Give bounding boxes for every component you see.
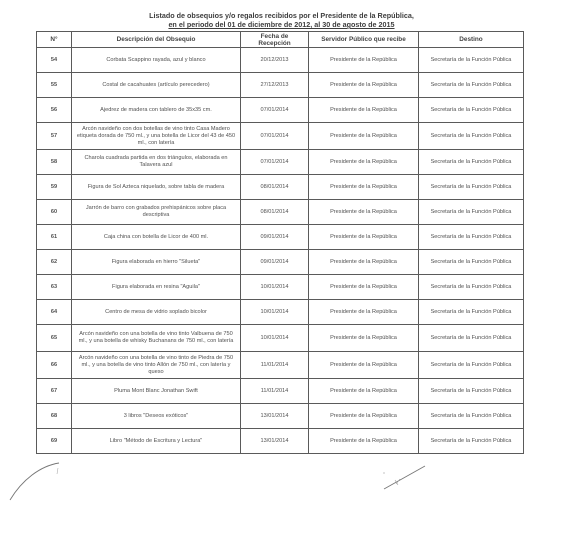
cell-description: Charola cuadrada partida en dos triángul…: [72, 150, 241, 175]
right-signature-mark: [370, 465, 430, 505]
cell-destination: Secretaría de la Función Pública: [419, 150, 524, 175]
cell-date: 13/01/2014: [241, 404, 309, 429]
table-row: 59Figura de Sol Azteca niquelado, sobre …: [37, 175, 524, 200]
cell-destination: Secretaría de la Función Pública: [419, 225, 524, 250]
cell-description: Ajedrez de madera con tablero de 35x35 c…: [72, 98, 241, 123]
cell-server: Presidente de la República: [309, 73, 419, 98]
cell-server: Presidente de la República: [309, 225, 419, 250]
cell-date: 07/01/2014: [241, 98, 309, 123]
cell-server: Presidente de la República: [309, 48, 419, 73]
table-row: 65Arcón navideño con una botella de vino…: [37, 325, 524, 352]
cell-number: 64: [37, 300, 72, 325]
header-description: Descripción del Obsequio: [72, 32, 241, 48]
cell-description: Corbata Scappino rayada, azul y blanco: [72, 48, 241, 73]
cell-server: Presidente de la República: [309, 352, 419, 379]
cell-number: 57: [37, 123, 72, 150]
cell-date: 07/01/2014: [241, 150, 309, 175]
gifts-table: N° Descripción del Obsequio Fecha de Rec…: [36, 31, 524, 454]
cell-description: Arcón navideño con una botella de vino t…: [72, 325, 241, 352]
cell-server: Presidente de la República: [309, 404, 419, 429]
table-row: 67Pluma Mont Blanc Jonathan Swift11/01/2…: [37, 379, 524, 404]
cell-server: Presidente de la República: [309, 175, 419, 200]
cell-destination: Secretaría de la Función Pública: [419, 98, 524, 123]
title-line-1: Listado de obsequios y/o regalos recibid…: [0, 11, 563, 20]
cell-description: Costal de cacahuates (artículo pereceder…: [72, 73, 241, 98]
table-header-row: N° Descripción del Obsequio Fecha de Rec…: [37, 32, 524, 48]
header-number: N°: [37, 32, 72, 48]
cell-date: 27/12/2013: [241, 73, 309, 98]
cell-number: 56: [37, 98, 72, 123]
cell-description: 3 libros "Deseos exóticos": [72, 404, 241, 429]
cell-description: Figura de Sol Azteca niquelado, sobre ta…: [72, 175, 241, 200]
cell-number: 68: [37, 404, 72, 429]
table-row: 66Arcón navideño con una botella de vino…: [37, 352, 524, 379]
cell-number: 60: [37, 200, 72, 225]
cell-date: 09/01/2014: [241, 225, 309, 250]
cell-date: 20/12/2013: [241, 48, 309, 73]
cell-destination: Secretaría de la Función Pública: [419, 300, 524, 325]
cell-description: Jarrón de barro con grabados prehispánic…: [72, 200, 241, 225]
cell-number: 66: [37, 352, 72, 379]
table-row: 60Jarrón de barro con grabados prehispán…: [37, 200, 524, 225]
cell-number: 69: [37, 429, 72, 454]
cell-date: 10/01/2014: [241, 275, 309, 300]
cell-server: Presidente de la República: [309, 275, 419, 300]
cell-description: Arcón navideño con una botella de vino t…: [72, 352, 241, 379]
cell-number: 61: [37, 225, 72, 250]
cell-server: Presidente de la República: [309, 250, 419, 275]
table-row: 62Figura elaborada en hierro "Silueta"09…: [37, 250, 524, 275]
table-row: 63Figura elaborada en resina "Aguila"10/…: [37, 275, 524, 300]
cell-description: Libro "Método de Escritura y Lectura": [72, 429, 241, 454]
cell-destination: Secretaría de la Función Pública: [419, 325, 524, 352]
table-row: 64Centro de mesa de vidrio soplado bicol…: [37, 300, 524, 325]
cell-server: Presidente de la República: [309, 325, 419, 352]
table-row: 57Arcón navideño con dos botellas de vin…: [37, 123, 524, 150]
table-row: 69Libro "Método de Escritura y Lectura"1…: [37, 429, 524, 454]
cell-destination: Secretaría de la Función Pública: [419, 200, 524, 225]
cell-date: 09/01/2014: [241, 250, 309, 275]
cell-destination: Secretaría de la Función Pública: [419, 73, 524, 98]
table-row: 56Ajedrez de madera con tablero de 35x35…: [37, 98, 524, 123]
table-row: 55Costal de cacahuates (artículo pereced…: [37, 73, 524, 98]
cell-description: Centro de mesa de vidrio soplado bicolor: [72, 300, 241, 325]
table-row: 683 libros "Deseos exóticos"13/01/2014Pr…: [37, 404, 524, 429]
cell-number: 63: [37, 275, 72, 300]
table-row: 58Charola cuadrada partida en dos triáng…: [37, 150, 524, 175]
cell-description: Arcón navideño con dos botellas de vino …: [72, 123, 241, 150]
cell-server: Presidente de la República: [309, 150, 419, 175]
cell-number: 55: [37, 73, 72, 98]
cell-server: Presidente de la República: [309, 200, 419, 225]
cell-server: Presidente de la República: [309, 123, 419, 150]
cell-server: Presidente de la República: [309, 379, 419, 404]
cell-destination: Secretaría de la Función Pública: [419, 175, 524, 200]
cell-destination: Secretaría de la Función Pública: [419, 379, 524, 404]
cell-description: Pluma Mont Blanc Jonathan Swift: [72, 379, 241, 404]
cell-number: 54: [37, 48, 72, 73]
table-row: 61Caja china con botella de Licor de 400…: [37, 225, 524, 250]
table-body: 54Corbata Scappino rayada, azul y blanco…: [37, 48, 524, 454]
cell-date: 08/01/2014: [241, 200, 309, 225]
document-title: Listado de obsequios y/o regalos recibid…: [0, 11, 563, 29]
cell-date: 13/01/2014: [241, 429, 309, 454]
cell-destination: Secretaría de la Función Pública: [419, 48, 524, 73]
cell-server: Presidente de la República: [309, 98, 419, 123]
cell-destination: Secretaría de la Función Pública: [419, 404, 524, 429]
cell-destination: Secretaría de la Función Pública: [419, 429, 524, 454]
cell-description: Caja china con botella de Licor de 400 m…: [72, 225, 241, 250]
header-date: Fecha de Recepción: [241, 32, 309, 48]
header-server: Servidor Público que recibe: [309, 32, 419, 48]
cell-number: 59: [37, 175, 72, 200]
cell-number: 58: [37, 150, 72, 175]
cell-number: 67: [37, 379, 72, 404]
cell-number: 62: [37, 250, 72, 275]
cell-destination: Secretaría de la Función Pública: [419, 352, 524, 379]
cell-destination: Secretaría de la Función Pública: [419, 250, 524, 275]
cell-date: 11/01/2014: [241, 379, 309, 404]
cell-date: 07/01/2014: [241, 123, 309, 150]
title-line-2: en el periodo del 01 de diciembre de 201…: [0, 20, 563, 29]
left-signature-mark: [0, 460, 70, 520]
cell-server: Presidente de la República: [309, 429, 419, 454]
cell-destination: Secretaría de la Función Pública: [419, 123, 524, 150]
cell-date: 10/01/2014: [241, 300, 309, 325]
cell-description: Figura elaborada en resina "Aguila": [72, 275, 241, 300]
cell-date: 10/01/2014: [241, 325, 309, 352]
table-row: 54Corbata Scappino rayada, azul y blanco…: [37, 48, 524, 73]
cell-destination: Secretaría de la Función Pública: [419, 275, 524, 300]
cell-date: 08/01/2014: [241, 175, 309, 200]
cell-date: 11/01/2014: [241, 352, 309, 379]
cell-server: Presidente de la República: [309, 300, 419, 325]
header-destination: Destino: [419, 32, 524, 48]
cell-number: 65: [37, 325, 72, 352]
cell-description: Figura elaborada en hierro "Silueta": [72, 250, 241, 275]
